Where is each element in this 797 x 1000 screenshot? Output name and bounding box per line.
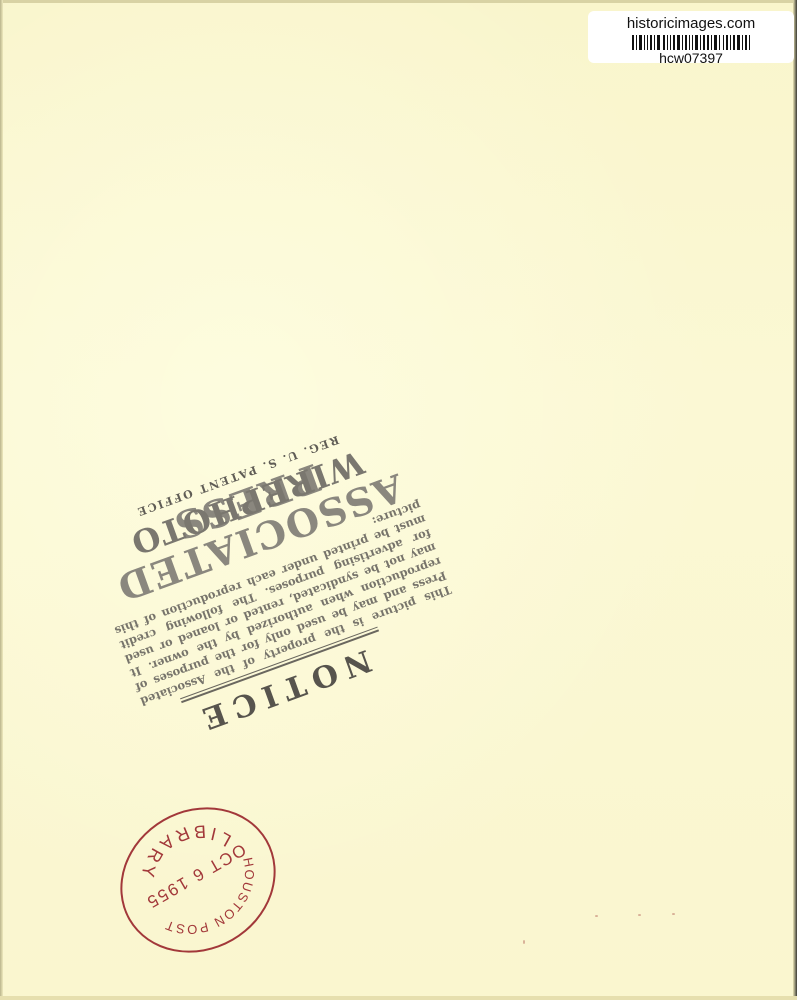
paper-speck — [638, 914, 641, 916]
barcode-bar — [703, 35, 705, 50]
barcode-bar — [742, 35, 743, 50]
paper-speck — [595, 915, 598, 917]
barcode-bar — [749, 35, 750, 50]
paper-speck — [672, 913, 675, 915]
barcode-bar — [707, 35, 709, 50]
barcode-bar — [657, 35, 660, 50]
barcode-bar — [700, 35, 701, 50]
barcode-bar — [745, 35, 747, 50]
barcode-bar — [692, 35, 693, 50]
paper-edge-right — [793, 0, 797, 1000]
barcode-bar — [632, 35, 634, 50]
barcode-bar — [663, 35, 665, 50]
barcode-bar — [730, 35, 731, 50]
barcode-bar — [636, 35, 637, 50]
barcode-bar — [650, 35, 652, 50]
barcode-bar — [682, 35, 683, 50]
barcode-bar — [714, 35, 717, 50]
barcode-icon — [632, 35, 750, 50]
barcode-bar — [689, 35, 690, 50]
barcode-bar — [737, 35, 740, 50]
label-code: hcw07397 — [588, 51, 794, 65]
barcode-bar — [647, 35, 648, 50]
barcode-bar — [726, 35, 728, 50]
paper-edge-top — [0, 0, 797, 3]
paper-edge-left — [0, 0, 3, 1000]
barcode-bar — [685, 35, 687, 50]
barcode-bar — [711, 35, 712, 50]
barcode-bar — [670, 35, 671, 50]
barcode-bar — [733, 35, 735, 50]
ap-notice-stamp: NOTICE This picture is the property of t… — [88, 415, 448, 705]
barcode-bar — [719, 35, 720, 50]
barcode-bar — [654, 35, 655, 50]
barcode-label: historicimages.com hcw07397 — [588, 11, 794, 63]
label-site: historicimages.com — [588, 16, 794, 32]
barcode-bar — [644, 35, 645, 50]
barcode-bar — [723, 35, 724, 50]
barcode-bar — [673, 35, 675, 50]
paper-edge-bottom — [0, 996, 797, 1000]
barcode-bar — [695, 35, 698, 50]
barcode-bar — [677, 35, 680, 50]
paper-speck — [523, 940, 525, 944]
barcode-bar — [639, 35, 642, 50]
barcode-bar — [667, 35, 668, 50]
